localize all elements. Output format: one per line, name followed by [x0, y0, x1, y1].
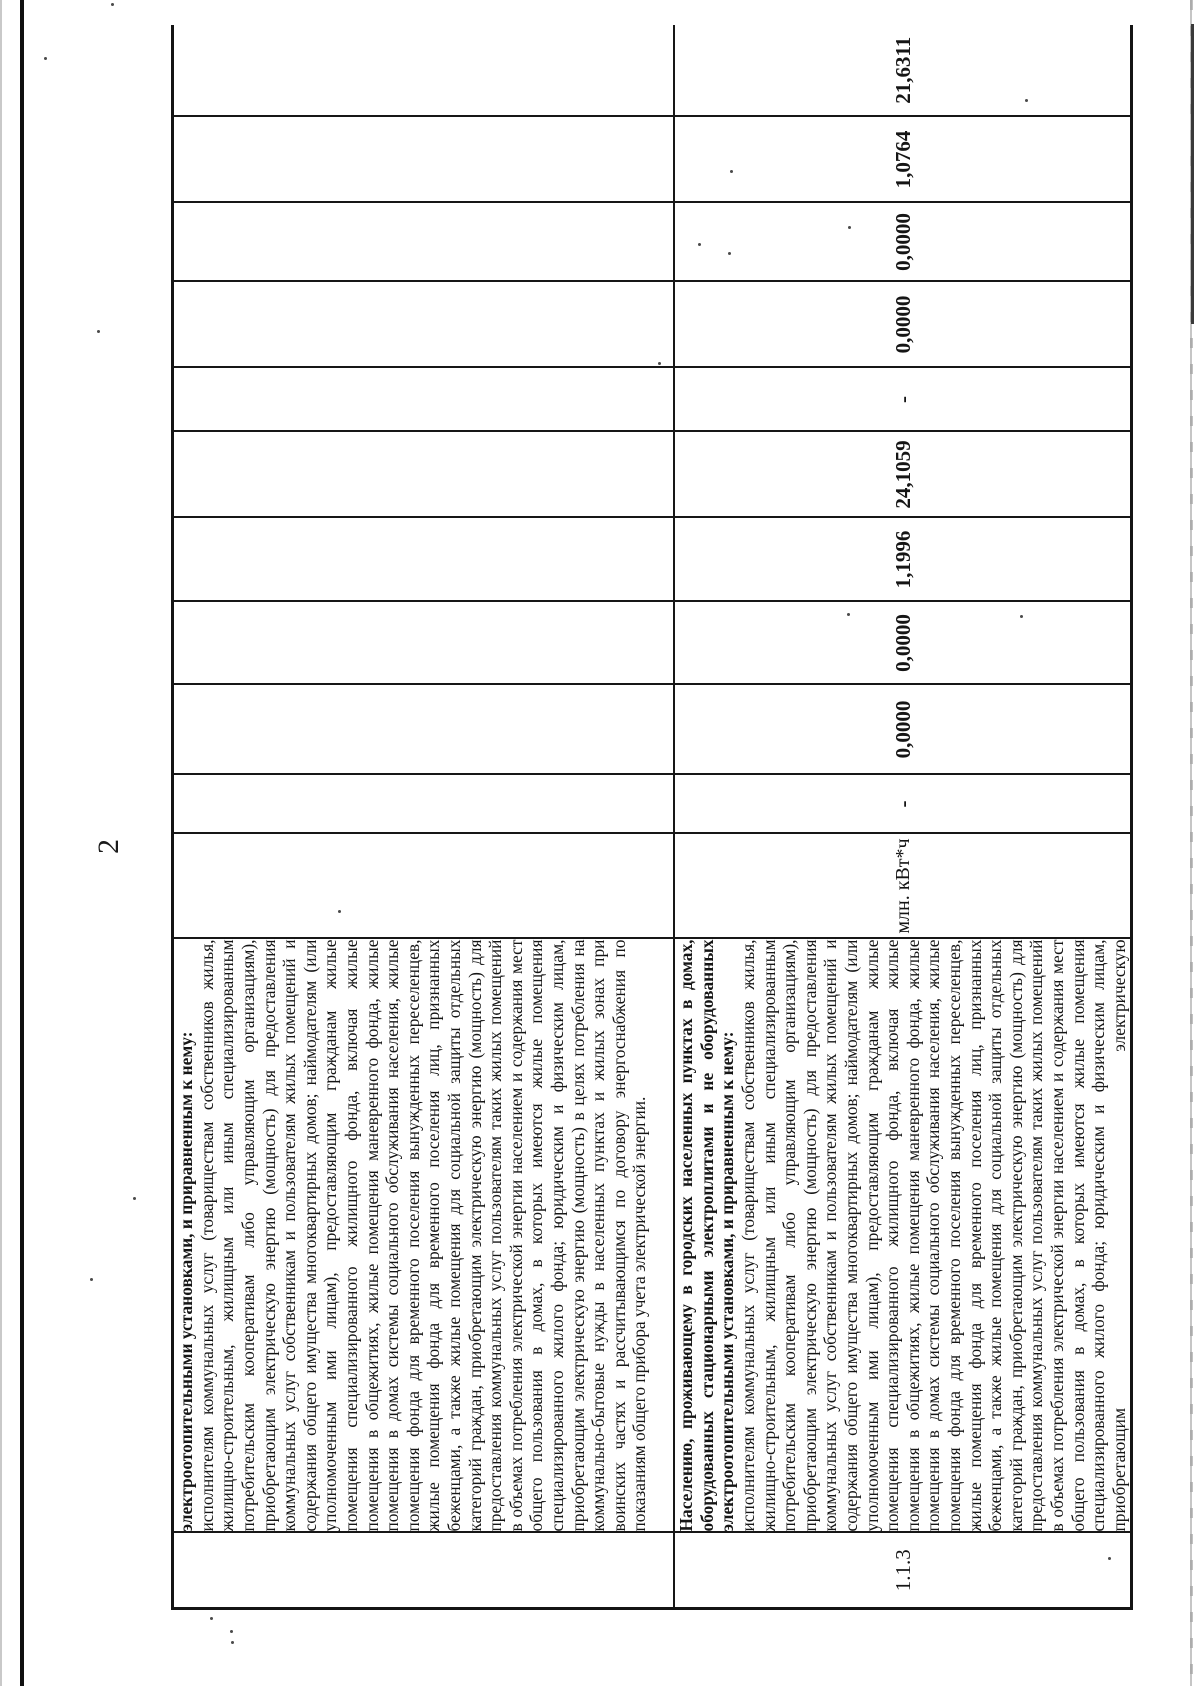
value-cell: [173, 518, 674, 602]
value-cell: [173, 685, 674, 775]
scan-edge-line: [1191, 24, 1194, 324]
speck: [133, 1197, 136, 1200]
speck: [44, 57, 47, 60]
page-number: 2: [92, 839, 126, 854]
speck: [210, 1617, 213, 1620]
speck: [1025, 99, 1028, 102]
value-cell: 1,0764: [674, 117, 1134, 203]
value-cell: [173, 368, 674, 432]
consumer-category-cell: Населению, проживающему в городских насе…: [674, 939, 1134, 1533]
category-header: электроотопительными установками, и прир…: [176, 940, 197, 1532]
rotated-document: 2 электроотопительными установками, и пр…: [0, 0, 1200, 1686]
speck: [730, 170, 733, 173]
unit-cell: млн. кВт*ч: [674, 834, 1134, 939]
value-cell: [173, 25, 674, 117]
speck: [847, 613, 850, 616]
value-cell: 0,0000: [674, 602, 1134, 685]
category-header: Населению, проживающему в городских насе…: [676, 940, 738, 1532]
value-cell: -: [674, 775, 1134, 834]
speck: [111, 3, 114, 6]
value-cell: 24,1059: [674, 432, 1134, 518]
speck: [728, 252, 731, 255]
speck: [338, 910, 341, 913]
scan-binding-line: [20, 0, 24, 1686]
speck: [97, 330, 100, 333]
row-number-cell: [173, 1533, 674, 1609]
scanned-document-page: 2 электроотопительными установками, и пр…: [0, 0, 1200, 1686]
table-row: электроотопительными установками, и прир…: [173, 25, 674, 1609]
category-text: Населению, проживающему в городских насе…: [676, 940, 1131, 1532]
value-cell: 21,6311: [674, 25, 1134, 117]
value-cell: -: [674, 368, 1134, 432]
speck: [1108, 1557, 1111, 1560]
speck: [848, 226, 851, 229]
table-row: 1.1.3 Населению, проживающему в городски…: [674, 25, 1134, 1609]
category-body: исполнителям коммунальных услуг (товарищ…: [738, 940, 1129, 1532]
consumer-category-cell: электроотопительными установками, и прир…: [173, 939, 674, 1533]
category-text: электроотопительными установками, и прир…: [176, 940, 670, 1532]
speck: [658, 362, 661, 365]
unit-cell: [173, 834, 674, 939]
table-page-cut-border: [1130, 25, 1133, 1610]
category-body: исполнителям коммунальных услуг (товарищ…: [197, 940, 650, 1532]
value-cell: 1,1996: [674, 518, 1134, 602]
value-cell: 0,0000: [674, 685, 1134, 775]
value-cell: 0,0000: [674, 282, 1134, 368]
scan-edge-line: [0, 0, 2, 1686]
value-cell: [173, 203, 674, 282]
speck: [698, 243, 701, 246]
speck: [230, 1630, 233, 1633]
value-cell: [173, 282, 674, 368]
value-cell: [173, 775, 674, 834]
value-cell: 0,0000: [674, 203, 1134, 282]
value-cell: [173, 432, 674, 518]
value-cell: [173, 117, 674, 203]
speck: [90, 1278, 93, 1281]
row-number-cell: 1.1.3: [674, 1533, 1134, 1609]
speck: [231, 1641, 234, 1644]
tariff-table-wrapper: электроотопительными установками, и прир…: [171, 25, 1133, 1610]
tariff-table: электроотопительными установками, и прир…: [171, 25, 1133, 1610]
speck: [1020, 615, 1023, 618]
value-cell: [173, 602, 674, 685]
